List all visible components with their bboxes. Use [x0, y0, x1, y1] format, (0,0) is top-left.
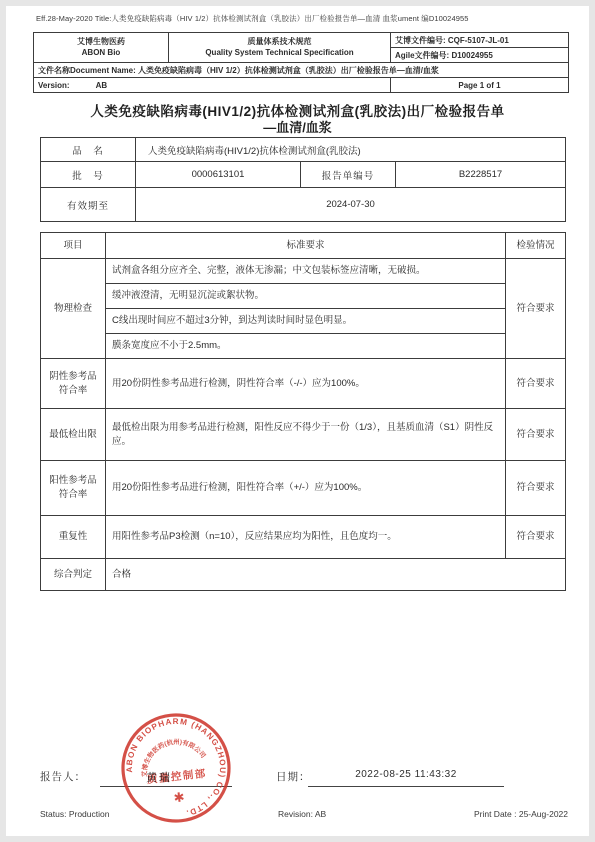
detection-limit-requirement: 最低检出限为用参考品进行检测，阳性反应不得少于一份（1/3），且基质血清（S1）… [106, 409, 506, 461]
repeatability-requirement: 用阳性参考品P3检测（n=10），反应结果应均为阳性，且色度均一。 [106, 516, 506, 559]
product-name-label: 品 名 [41, 138, 136, 162]
date-line [308, 786, 504, 787]
date-value: 2022-08-25 11:43:32 [308, 769, 504, 780]
item-detection-limit: 最低检出限 [41, 409, 106, 461]
positive-ref-result: 符合要求 [506, 461, 566, 516]
item-negative-ref: 阴性参考品符合率 [41, 359, 106, 409]
company-name-en: ABON Bio [38, 48, 164, 59]
expiry-label: 有效期至 [41, 188, 136, 222]
repeatability-result: 符合要求 [506, 516, 566, 559]
physical-req-2: 缓冲液澄清，无明显沉淀或絮状物。 [106, 284, 506, 309]
page-number: Page 1 of 1 [391, 78, 569, 93]
item-repeatability: 重复性 [41, 516, 106, 559]
negative-ref-requirement: 用20份阴性参考品进行检测，阴性符合率（-/-）应为100%。 [106, 359, 506, 409]
inspection-spec-table: 项目 标准要求 检验情况 物理检查 试剂盒各组分应齐全、完整，液体无渗漏；中文包… [40, 232, 566, 591]
lot-number-label: 批 号 [41, 162, 136, 188]
date-label: 日期： [276, 769, 311, 784]
seal-star-icon: ✱ [173, 789, 185, 805]
physical-result: 符合要求 [506, 259, 566, 359]
lot-number-value: 0000613101 [136, 162, 301, 188]
spec-title-cn: 质量体系技术规范 [173, 37, 386, 48]
product-name-value: 人类免疫缺陷病毒(HIV1/2)抗体检测试剂盒(乳胶法) [136, 138, 566, 162]
physical-req-4: 膜条宽度应不小于2.5mm。 [106, 334, 506, 359]
company-seal-stamp: ABON BIOPHARM (HANGZHOU) CO., LTD. 艾博生物医… [112, 704, 239, 831]
company-name-cn: 艾博生物医药 [38, 37, 164, 48]
report-title-line2: —血清/血浆 [0, 117, 595, 136]
report-page: Eff.28-May-2020 Title:人类免疫缺陷病毒（HIV 1/2）抗… [0, 0, 595, 842]
report-number-value: B2228517 [396, 162, 566, 188]
item-physical-check: 物理检查 [41, 259, 106, 359]
negative-ref-result: 符合要求 [506, 359, 566, 409]
company-cell: 艾博生物医药 ABON Bio [34, 33, 169, 63]
version-label: Version: [38, 81, 70, 90]
col-header-item: 项目 [41, 233, 106, 259]
physical-req-1: 试剂盒各组分应齐全、完整，液体无渗漏；中文包装标签应清晰，无破损。 [106, 259, 506, 284]
document-name: 文件名称Document Name: 人类免疫缺陷病毒（HIV 1/2）抗体检测… [34, 63, 569, 78]
version-value: AB [96, 81, 108, 90]
product-info-table: 品 名 人类免疫缺陷病毒(HIV1/2)抗体检测试剂盒(乳胶法) 批 号 000… [40, 137, 566, 222]
col-header-result: 检验情况 [506, 233, 566, 259]
seal-ring-text: ABON BIOPHARM (HANGZHOU) CO., LTD. [120, 712, 232, 824]
verdict-label: 综合判定 [41, 559, 106, 591]
positive-ref-requirement: 用20份阳性参考品进行检测，阳性符合率（+/-）应为100%。 [106, 461, 506, 516]
spec-title-en: Quality System Technical Specification [173, 48, 386, 59]
document-header-table: 艾博生物医药 ABON Bio 质量体系技术规范 Quality System … [33, 32, 569, 93]
agile-number: Agile文件编号: D10024955 [391, 48, 569, 63]
physical-req-3: C线出现时间应不超过3分钟，到达判读时间时显色明显。 [106, 309, 506, 334]
expiry-value: 2024-07-30 [136, 188, 566, 222]
version-cell: Version:AB [34, 78, 391, 93]
spec-title-cell: 质量体系技术规范 Quality System Technical Specif… [169, 33, 391, 63]
reporter-name: 黄瑞 [146, 769, 172, 785]
print-header-line: Eff.28-May-2020 Title:人类免疫缺陷病毒（HIV 1/2）抗… [36, 13, 576, 24]
reporter-label: 报告人： [40, 769, 86, 784]
report-number-label: 报告单编号 [301, 162, 396, 188]
item-positive-ref: 阳性参考品符合率 [41, 461, 106, 516]
col-header-requirement: 标准要求 [106, 233, 506, 259]
verdict-value: 合格 [106, 559, 566, 591]
detection-limit-result: 符合要求 [506, 409, 566, 461]
footer-print-date: Print Date : 25-Aug-2022 [0, 809, 568, 819]
svg-text:ABON BIOPHARM (HANGZHOU) CO.,: ABON BIOPHARM (HANGZHOU) CO., LTD. [120, 712, 232, 824]
doc-number: 艾博文件编号: CQF-5107-JL-01 [391, 33, 569, 48]
